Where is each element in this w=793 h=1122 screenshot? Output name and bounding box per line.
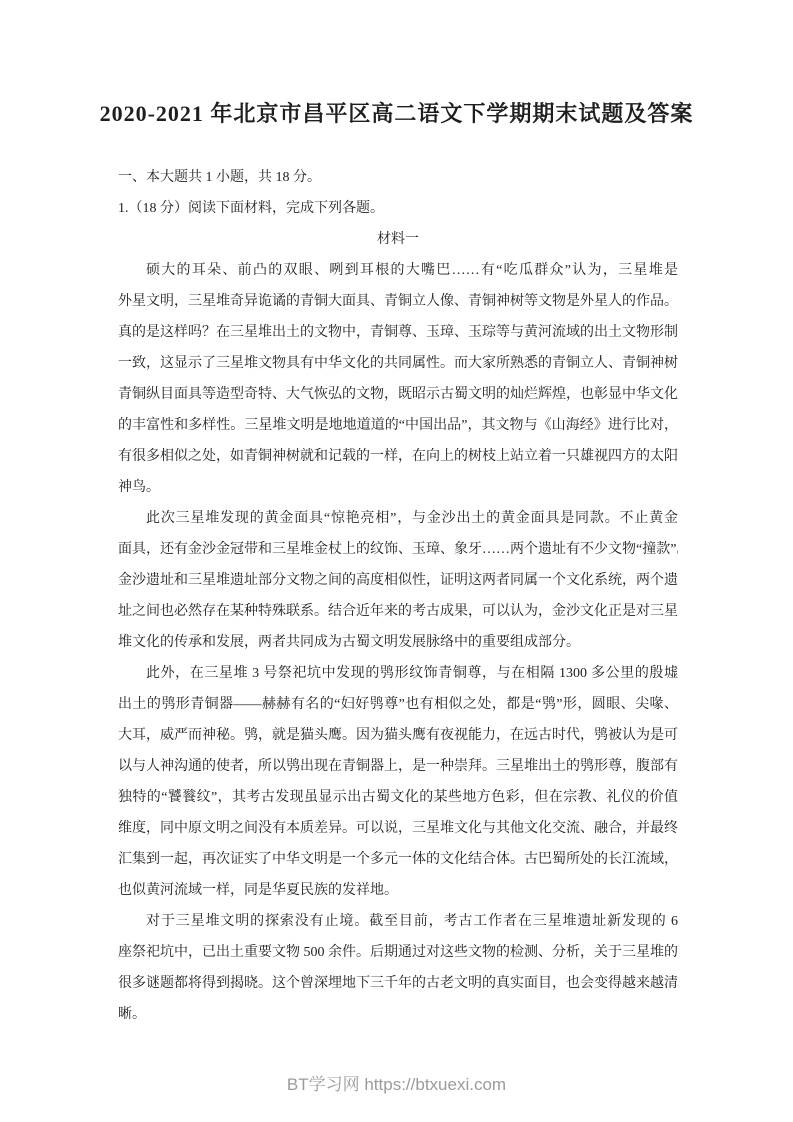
text-line: 对于三星堆文明的探索没有止境。截至目前，考古工作者在三星堆遗址新发现的 6 xyxy=(118,906,678,937)
text-line: 独特的“饕餮纹”，其考古发现虽显示出古蜀文化的某些地方色彩，但在宗教、礼仪的价值 xyxy=(118,782,678,813)
document-page: 2020-2021 年北京市昌平区高二语文下学期期末试题及答案 一、本大题共 1… xyxy=(0,0,793,1122)
text-line: 硕大的耳朵、前凸的双眼、咧到耳根的大嘴巴……有“吃瓜群众”认为，三星堆是 xyxy=(118,255,678,286)
text-line: 的丰富性和多样性。三星堆文明是地地道道的“中国出品”，其文物与《山海经》进行比对… xyxy=(118,410,678,441)
text-line: 座祭祀坑中，已出土重要文物 500 余件。后期通过对这些文物的检测、分析，关于三… xyxy=(118,937,678,968)
document-body: 一、本大题共 1 小题，共 18 分。 1.（18 分）阅读下面材料，完成下列各… xyxy=(118,162,678,1030)
text-line: 神鸟。 xyxy=(118,472,678,503)
paragraph-2: 此次三星堆发现的黄金面具“惊艳亮相”，与金沙出土的黄金面具是同款。不止黄金面具，… xyxy=(118,503,678,658)
text-line: 真的是这样吗？在三星堆出土的文物中，青铜尊、玉璋、玉琮等与黄河流域的出土文物形制 xyxy=(118,317,678,348)
paragraph-1: 硕大的耳朵、前凸的双眼、咧到耳根的大嘴巴……有“吃瓜群众”认为，三星堆是外星文明… xyxy=(118,255,678,503)
text-line: 以与人神沟通的使者，所以鸮出现在青铜器上，是一种崇拜。三星堆出土的鸮形尊，腹部有 xyxy=(118,751,678,782)
text-line: 堆文化的传承和发展，两者共同成为古蜀文明发展脉络中的重要组成部分。 xyxy=(118,627,678,658)
text-line: 外星文明，三星堆奇异诡谲的青铜大面具、青铜立人像、青铜神树等文物是外星人的作品。 xyxy=(118,286,678,317)
text-line: 此次三星堆发现的黄金面具“惊艳亮相”，与金沙出土的黄金面具是同款。不止黄金 xyxy=(118,503,678,534)
text-line: 金沙遗址和三星堆遗址部分文物之间的高度相似性，证明这两者同属一个文化系统，两个遗 xyxy=(118,565,678,596)
paragraph-3: 此外，在三星堆 3 号祭祀坑中发现的鸮形纹饰青铜尊，与在相隔 1300 多公里的… xyxy=(118,658,678,906)
page-title: 2020-2021 年北京市昌平区高二语文下学期期末试题及答案 xyxy=(0,96,793,132)
text-line: 面具，还有金沙金冠带和三星堆金杖上的纹饰、玉璋、象牙……两个遗址有不少文物“撞款… xyxy=(118,534,678,565)
section-heading: 一、本大题共 1 小题，共 18 分。 xyxy=(118,162,678,193)
text-line: 很多谜题都将得到揭晓。这个曾深埋地下三千年的古老文明的真实面目，也会变得越来越清 xyxy=(118,968,678,999)
watermark-link[interactable]: BT学习网 https://btxuexi.com xyxy=(0,1070,793,1095)
text-line: 维度，同中原文明之间没有本质差异。可以说，三星堆文化与其他文化交流、融合，并最终 xyxy=(118,813,678,844)
material-one-heading: 材料一 xyxy=(118,224,678,255)
paragraph-4: 对于三星堆文明的探索没有止境。截至目前，考古工作者在三星堆遗址新发现的 6座祭祀… xyxy=(118,906,678,1030)
text-line: 出土的鸮形青铜器——赫赫有名的“妇好鸮尊”也有相似之处，都是“鸮”形，圆眼、尖喙… xyxy=(118,689,678,720)
text-line: 一致，这显示了三星堆文物具有中华文化的共同属性。而大家所熟悉的青铜立人、青铜神树… xyxy=(118,348,678,379)
text-line: 晰。 xyxy=(118,999,678,1030)
question-intro: 1.（18 分）阅读下面材料，完成下列各题。 xyxy=(118,193,678,224)
text-line: 汇集到一起，再次证实了中华文明是一个多元一体的文化结合体。古巴蜀所处的长江流域， xyxy=(118,844,678,875)
text-line: 有很多相似之处，如青铜神树就和记载的一样，在向上的树枝上站立着一只雄视四方的太阳 xyxy=(118,441,678,472)
text-line: 青铜纵目面具等造型奇特、大气恢弘的文物，既昭示古蜀文明的灿烂辉煌，也彰显中华文化 xyxy=(118,379,678,410)
text-line: 址之间也必然存在某种特殊联系。结合近年来的考古成果，可以认为，金沙文化正是对三星 xyxy=(118,596,678,627)
text-line: 大耳，威严而神秘。鸮，就是猫头鹰。因为猫头鹰有夜视能力，在远古时代，鸮被认为是可 xyxy=(118,720,678,751)
text-line: 也似黄河流域一样，同是华夏民族的发祥地。 xyxy=(118,875,678,906)
text-line: 此外，在三星堆 3 号祭祀坑中发现的鸮形纹饰青铜尊，与在相隔 1300 多公里的… xyxy=(118,658,678,689)
